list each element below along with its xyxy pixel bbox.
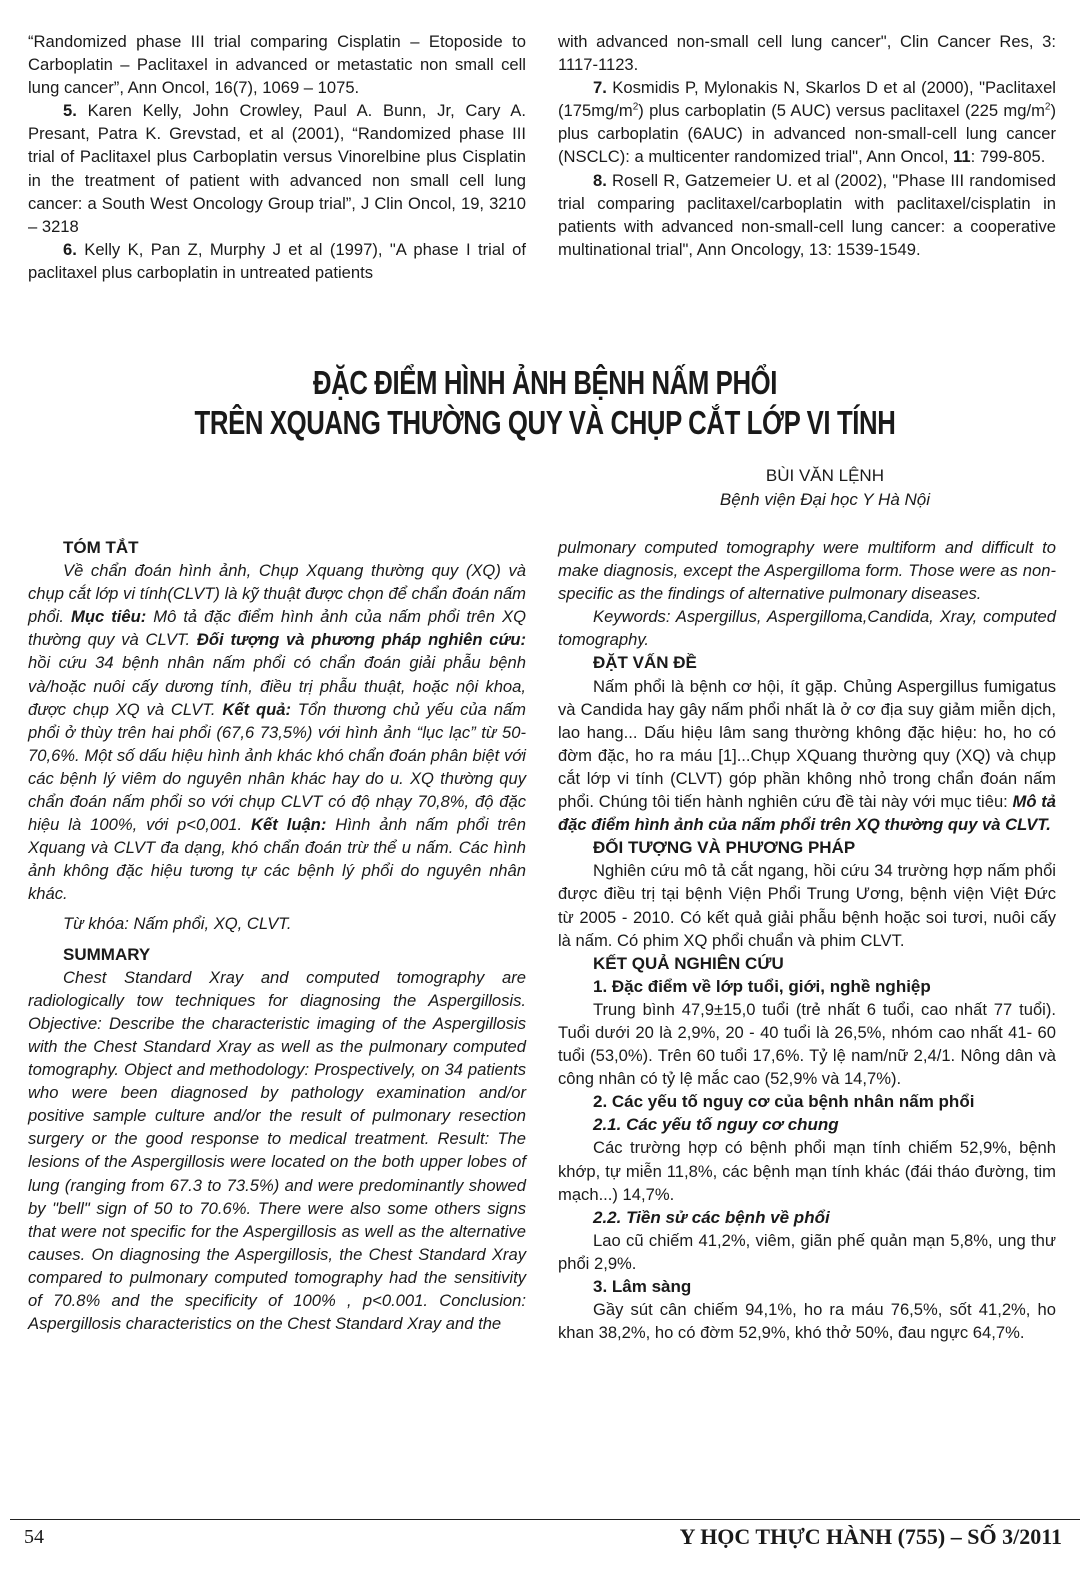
reference-7: 7. Kosmidis P, Mylonakis N, Skarlos D et… (558, 76, 1056, 168)
references-left: “Randomized phase III trial comparing Ci… (28, 30, 526, 284)
reference-8: 8. Rosell R, Gatzemeier U. et al (2002),… (558, 169, 1056, 261)
results-s22-heading: 2.2. Tiền sử các bệnh về phổi (558, 1206, 1056, 1229)
results-s2-heading: 2. Các yếu tố nguy cơ của bệnh nhân nấm … (558, 1090, 1056, 1113)
results-s1-text: Trung bình 47,9±15,0 tuổi (trẻ nhất 6 tu… (558, 998, 1056, 1090)
intro-text: Nấm phổi là bệnh cơ hội, ít gặp. Chủng A… (558, 675, 1056, 837)
summary-text: Chest Standard Xray and computed tomogra… (28, 966, 526, 1336)
results-s3-text: Gầy sút cân chiếm 94,1%, ho ra máu 76,5%… (558, 1298, 1056, 1344)
summary-text-continued: pulmonary computed tomography were multi… (558, 536, 1056, 605)
results-heading: KẾT QUẢ NGHIÊN CỨU (558, 952, 1056, 975)
journal-issue: Y HỌC THỰC HÀNH (755) – SỐ 3/2011 (680, 1524, 1062, 1550)
results-s3-heading: 3. Lâm sàng (558, 1275, 1056, 1298)
methods-text: Nghiên cứu mô tả cắt ngang, hồi cứu 34 t… (558, 859, 1056, 951)
author-name: BÙI VĂN LỆNH (720, 464, 930, 488)
reference-4-tail: “Randomized phase III trial comparing Ci… (28, 30, 526, 99)
reference-6-tail: with advanced non-small cell lung cancer… (558, 30, 1056, 76)
intro-heading: ĐẶT VẤN ĐỀ (558, 651, 1056, 674)
abstract-vi-text: Về chẩn đoán hình ảnh, Chụp Xquang thườn… (28, 559, 526, 905)
body-right-column: pulmonary computed tomography were multi… (558, 536, 1056, 1344)
reference-6: 6. Kelly K, Pan Z, Murphy J et al (1997)… (28, 238, 526, 284)
summary-heading: SUMMARY (28, 943, 526, 966)
abstract-vi-keywords: Từ khóa: Nấm phổi, XQ, CLVT. (28, 912, 526, 935)
results-s1-heading: 1. Đặc điểm về lớp tuổi, giới, nghề nghi… (558, 975, 1056, 998)
footer-divider (10, 1519, 1080, 1520)
methods-heading: ĐỐI TƯỢNG VÀ PHƯƠNG PHÁP (558, 836, 1056, 859)
results-s21-heading: 2.1. Các yếu tố nguy cơ chung (558, 1113, 1056, 1136)
summary-keywords: Keywords: Aspergillus, Aspergilloma,Cand… (558, 605, 1056, 651)
author-block: BÙI VĂN LỆNH Bệnh viện Đại học Y Hà Nội (720, 464, 930, 512)
page-number: 54 (24, 1526, 44, 1549)
article-title-line-1: ĐẶC ĐIỂM HÌNH ẢNH BỆNH NẤM PHỔI (120, 362, 970, 404)
article-title-line-2: TRÊN XQUANG THƯỜNG QUY VÀ CHỤP CẮT LỚP V… (120, 402, 970, 444)
author-affiliation: Bệnh viện Đại học Y Hà Nội (720, 488, 930, 512)
references-right: with advanced non-small cell lung cancer… (558, 30, 1056, 261)
reference-5: 5. Karen Kelly, John Crowley, Paul A. Bu… (28, 99, 526, 238)
body-left-column: TÓM TẮT Về chẩn đoán hình ảnh, Chụp Xqua… (28, 536, 526, 1335)
abstract-vi-heading: TÓM TẮT (28, 536, 526, 559)
results-s22-text: Lao cũ chiếm 41,2%, viêm, giãn phế quản … (558, 1229, 1056, 1275)
results-s21-text: Các trường hợp có bệnh phổi mạn tính chi… (558, 1136, 1056, 1205)
